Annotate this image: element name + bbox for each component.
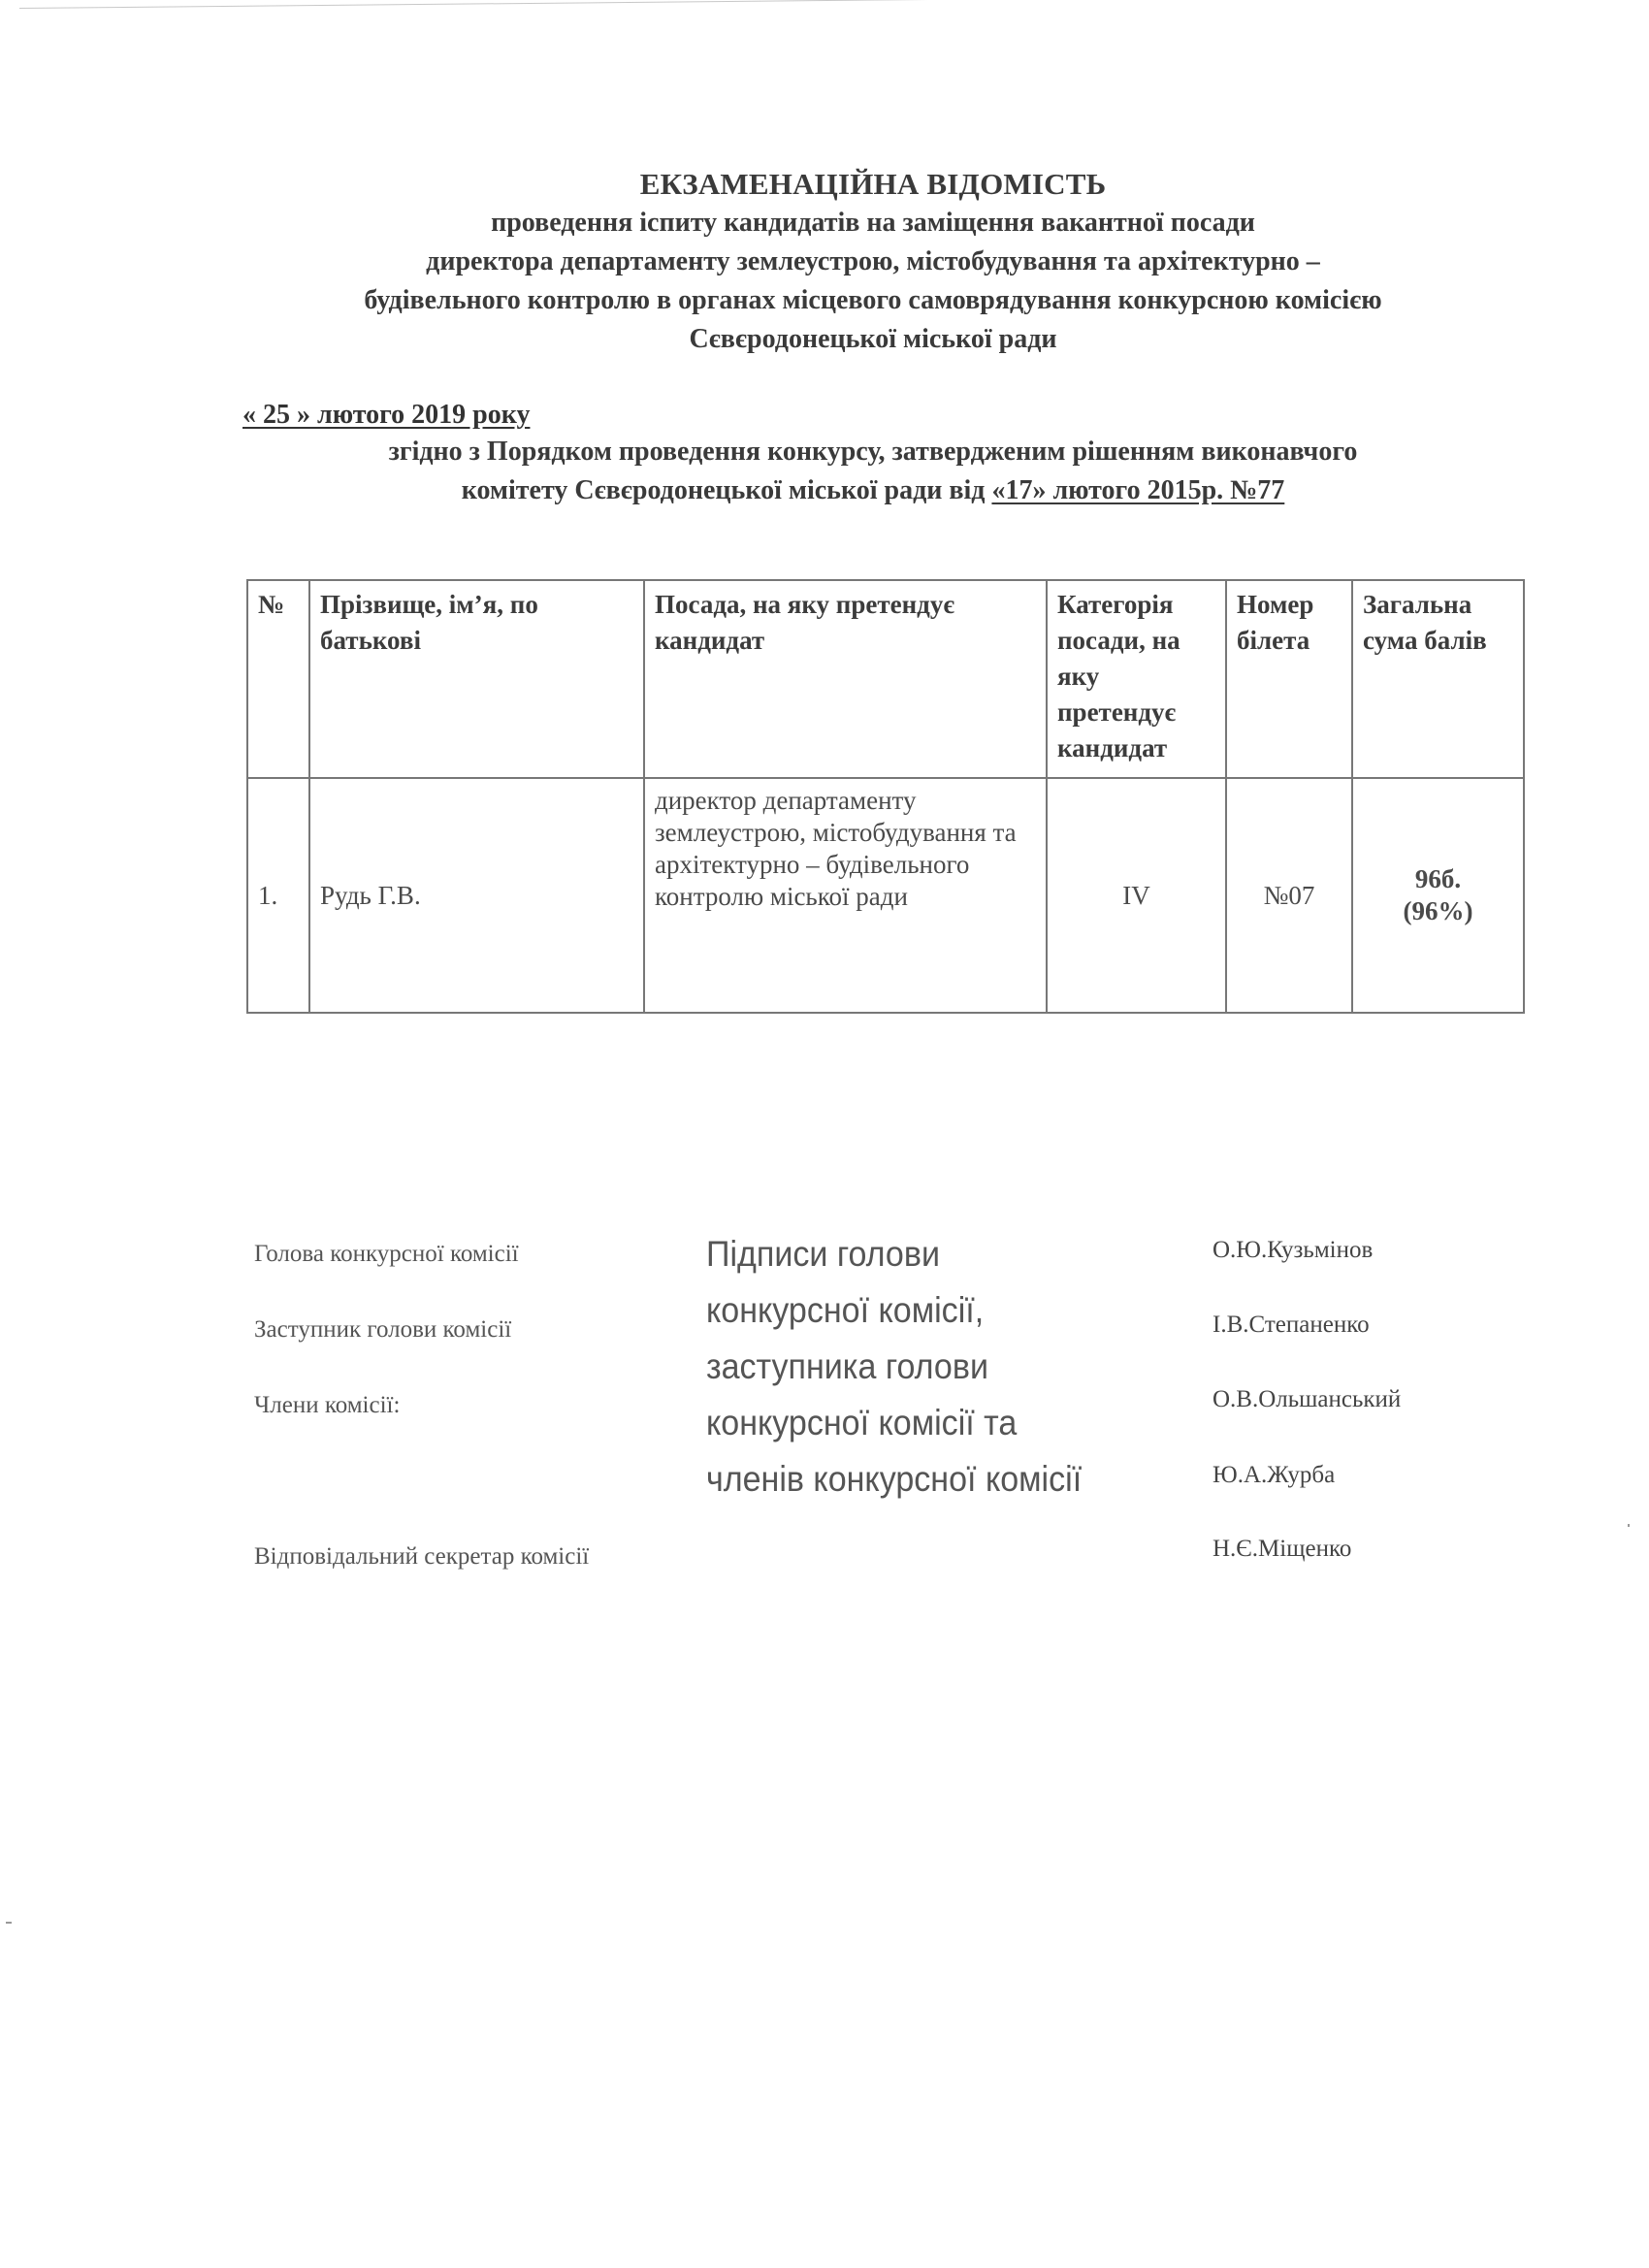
- member-name-1: О.В.Ольшанський: [1212, 1386, 1401, 1413]
- basis-line-2: комітету Сєвєродонецької міської ради ві…: [242, 471, 1503, 510]
- placeholder-line: конкурсної комісії,: [706, 1282, 1188, 1339]
- table-row: 1. Рудь Г.В. директор департаменту земле…: [247, 778, 1524, 1013]
- placeholder-line: Підписи голови: [706, 1226, 1188, 1282]
- col-header-number: №: [247, 580, 309, 778]
- role-secretary-label: Відповідальний секретар комісії: [254, 1543, 589, 1571]
- placeholder-line: конкурсної комісії та: [706, 1395, 1188, 1451]
- signature-placeholder: Підписи голови конкурсної комісії, засту…: [706, 1226, 1188, 1507]
- cell-score: 96б. (96%): [1352, 778, 1524, 1013]
- exam-date: « 25 » лютого 2019 року: [242, 400, 530, 431]
- col-header-position: Посада, на яку претендує кандидат: [644, 580, 1047, 778]
- role-members-label: Члени комісії:: [254, 1392, 400, 1419]
- role-chair-label: Голова конкурсної комісії: [254, 1241, 519, 1268]
- chair-name: О.Ю.Кузьмінов: [1212, 1237, 1373, 1264]
- secretary-name: Н.Є.Міщенко: [1212, 1536, 1351, 1563]
- subtitle-line-1: проведення іспиту кандидатів на заміщенн…: [242, 204, 1503, 243]
- scan-speck: [1628, 1524, 1630, 1527]
- cell-position: директор департаменту землеустрою, місто…: [644, 778, 1047, 1013]
- basis-line-2-prefix: комітету Сєвєродонецької міської ради ві…: [462, 475, 992, 505]
- cell-ticket: №07: [1226, 778, 1352, 1013]
- placeholder-line: членів конкурсної комісії: [706, 1451, 1188, 1507]
- scan-speck: [6, 1922, 12, 1924]
- subtitle-line-2: директора департаменту землеустрою, міст…: [242, 243, 1503, 281]
- cell-category: IV: [1047, 778, 1226, 1013]
- exam-results-table: № Прізвище, ім’я, по батькові Посада, на…: [246, 579, 1525, 1014]
- deputy-name: І.В.Степаненко: [1212, 1312, 1370, 1339]
- col-header-ticket: Номер білета: [1226, 580, 1352, 778]
- member-name-2: Ю.А.Журба: [1212, 1462, 1335, 1489]
- legal-basis: згідно з Порядком проведення конкурсу, з…: [242, 433, 1503, 510]
- cell-number: 1.: [247, 778, 309, 1013]
- subtitle-line-3: будівельного контролю в органах місцевог…: [242, 281, 1503, 320]
- decision-reference: «17» лютого 2015р. №77: [991, 475, 1284, 505]
- role-deputy-label: Заступник голови комісії: [254, 1316, 511, 1344]
- col-header-category: Категорія посади, на яку претендує канди…: [1047, 580, 1226, 778]
- score-points: 96б.: [1363, 863, 1513, 895]
- basis-line-1: згідно з Порядком проведення конкурсу, з…: [242, 433, 1503, 471]
- document-title: ЕКЗАМЕНАЦІЙНА ВІДОМІСТЬ: [242, 165, 1503, 204]
- col-header-score: Загальна сума балів: [1352, 580, 1524, 778]
- table-header-row: № Прізвище, ім’я, по батькові Посада, на…: [247, 580, 1524, 778]
- scan-edge-line: [19, 0, 1630, 9]
- subtitle-line-4: Сєвєродонецької міської ради: [242, 320, 1503, 359]
- score-percent: (96%): [1363, 895, 1513, 927]
- cell-name: Рудь Г.В.: [309, 778, 644, 1013]
- document-header: ЕКЗАМЕНАЦІЙНА ВІДОМІСТЬ проведення іспит…: [242, 165, 1503, 359]
- col-header-name: Прізвище, ім’я, по батькові: [309, 580, 644, 778]
- placeholder-line: заступника голови: [706, 1339, 1188, 1395]
